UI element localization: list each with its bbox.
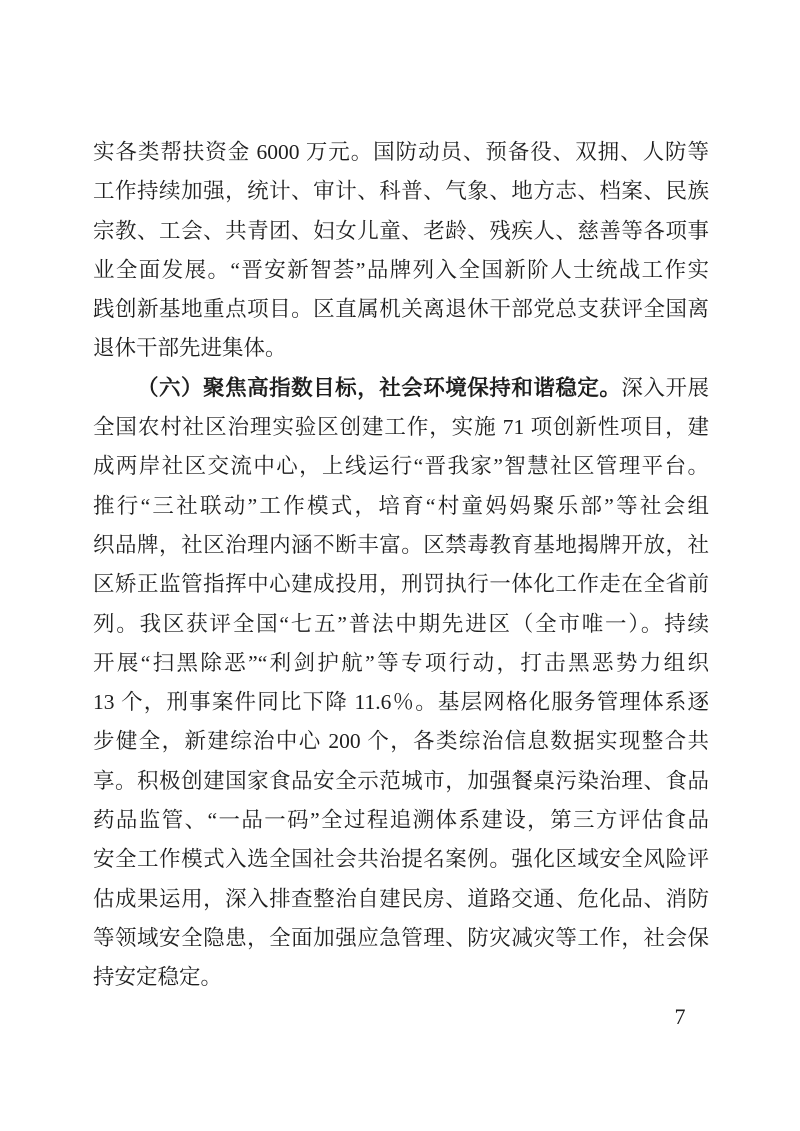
text-line: 践创新基地重点项目。区直属机关离退休干部党总支获评全国离	[93, 290, 709, 329]
text-line: 等领域安全隐患，全面加强应急管理、防灾减灾等工作，社会保	[93, 919, 709, 958]
text-line: 步健全，新建综治中心 200 个，各类综治信息数据实现整合共	[93, 722, 709, 761]
text-line: 宗教、工会、共青团、妇女儿童、老龄、残疾人、慈善等各项事	[93, 212, 709, 251]
text-run: 估成果运用，深入排查整治自建民房、道路交通、危化品、消防	[93, 887, 709, 911]
text-run: 步健全，新建综治中心 200 个，各类综治信息数据实现整合共	[93, 729, 709, 753]
text-line: 持安定稳定。	[93, 958, 709, 997]
text-line: 开展“扫黑除恶”“利剑护航”等专项行动，打击黑恶势力组织	[93, 644, 709, 683]
text-line: 推行“三社联动”工作模式，培育“村童妈妈聚乐部”等社会组	[93, 487, 709, 526]
text-line: （六）聚焦高指数目标，社会环境保持和谐稳定。深入开展	[93, 369, 709, 408]
text-run: 列。我区获评全国“七五”普法中期先进区（全市唯一）。持续	[93, 612, 709, 636]
text-run: 享。积极创建国家食品安全示范城市，加强餐桌污染治理、食品	[93, 769, 709, 793]
text-run: 药品监管、“一品一码”全过程追溯体系建设，第三方评估食品	[93, 808, 709, 832]
text-line: 退休干部先进集体。	[93, 329, 709, 368]
text-run: 深入开展	[621, 376, 709, 400]
text-line: 药品监管、“一品一码”全过程追溯体系建设，第三方评估食品	[93, 801, 709, 840]
text-line: 成两岸社区交流中心，上线运行“晋我家”智慧社区管理平台。	[93, 447, 709, 486]
document-page: 实各类帮扶资金 6000 万元。国防动员、预备役、双拥、人防等工作持续加强，统计…	[0, 0, 800, 1131]
text-line: 享。积极创建国家食品安全示范城市，加强餐桌污染治理、食品	[93, 762, 709, 801]
text-line: 安全工作模式入选全国社会共治提名案例。强化区域安全风险评	[93, 840, 709, 879]
text-line: 13 个，刑事案件同比下降 11.6％。基层网格化服务管理体系逐	[93, 683, 709, 722]
text-run: 业全面发展。“晋安新智荟”品牌列入全国新阶人士统战工作实	[93, 258, 709, 282]
text-line: 实各类帮扶资金 6000 万元。国防动员、预备役、双拥、人防等	[93, 133, 709, 172]
text-run: 持安定稳定。	[93, 965, 222, 989]
text-run: 实各类帮扶资金 6000 万元。国防动员、预备役、双拥、人防等	[93, 140, 709, 164]
text-run: 宗教、工会、共青团、妇女儿童、老龄、残疾人、慈善等各项事	[93, 219, 709, 243]
section-heading-run: （六）聚焦高指数目标，社会环境保持和谐稳定。	[137, 376, 621, 400]
text-run: 推行“三社联动”工作模式，培育“村童妈妈聚乐部”等社会组	[93, 494, 709, 518]
text-line: 工作持续加强，统计、审计、科普、气象、地方志、档案、民族	[93, 172, 709, 211]
text-line: 估成果运用，深入排查整治自建民房、道路交通、危化品、消防	[93, 880, 709, 919]
text-line: 区矫正监管指挥中心建成投用，刑罚执行一体化工作走在全省前	[93, 565, 709, 604]
text-run: 全国农村社区治理实验区创建工作，实施 71 项创新性项目，建	[93, 415, 709, 439]
text-line: 列。我区获评全国“七五”普法中期先进区（全市唯一）。持续	[93, 605, 709, 644]
text-line: 织品牌，社区治理内涵不断丰富。区禁毒教育基地揭牌开放，社	[93, 526, 709, 565]
page-number: 7	[640, 1001, 720, 1033]
text-run: 践创新基地重点项目。区直属机关离退休干部党总支获评全国离	[93, 297, 709, 321]
text-line: 业全面发展。“晋安新智荟”品牌列入全国新阶人士统战工作实	[93, 251, 709, 290]
text-run: 区矫正监管指挥中心建成投用，刑罚执行一体化工作走在全省前	[93, 572, 709, 596]
text-run: 等领域安全隐患，全面加强应急管理、防灾减灾等工作，社会保	[93, 926, 709, 950]
text-run: 工作持续加强，统计、审计、科普、气象、地方志、档案、民族	[93, 179, 709, 203]
text-run: 成两岸社区交流中心，上线运行“晋我家”智慧社区管理平台。	[93, 454, 709, 478]
text-run: 安全工作模式入选全国社会共治提名案例。强化区域安全风险评	[93, 847, 709, 871]
text-run: 开展“扫黑除恶”“利剑护航”等专项行动，打击黑恶势力组织	[93, 651, 709, 675]
text-line: 全国农村社区治理实验区创建工作，实施 71 项创新性项目，建	[93, 408, 709, 447]
text-run: 退休干部先进集体。	[93, 336, 287, 360]
text-run: 织品牌，社区治理内涵不断丰富。区禁毒教育基地揭牌开放，社	[93, 533, 709, 557]
text-run: 13 个，刑事案件同比下降 11.6％。基层网格化服务管理体系逐	[93, 690, 709, 714]
document-body: 实各类帮扶资金 6000 万元。国防动员、预备役、双拥、人防等工作持续加强，统计…	[93, 133, 709, 998]
